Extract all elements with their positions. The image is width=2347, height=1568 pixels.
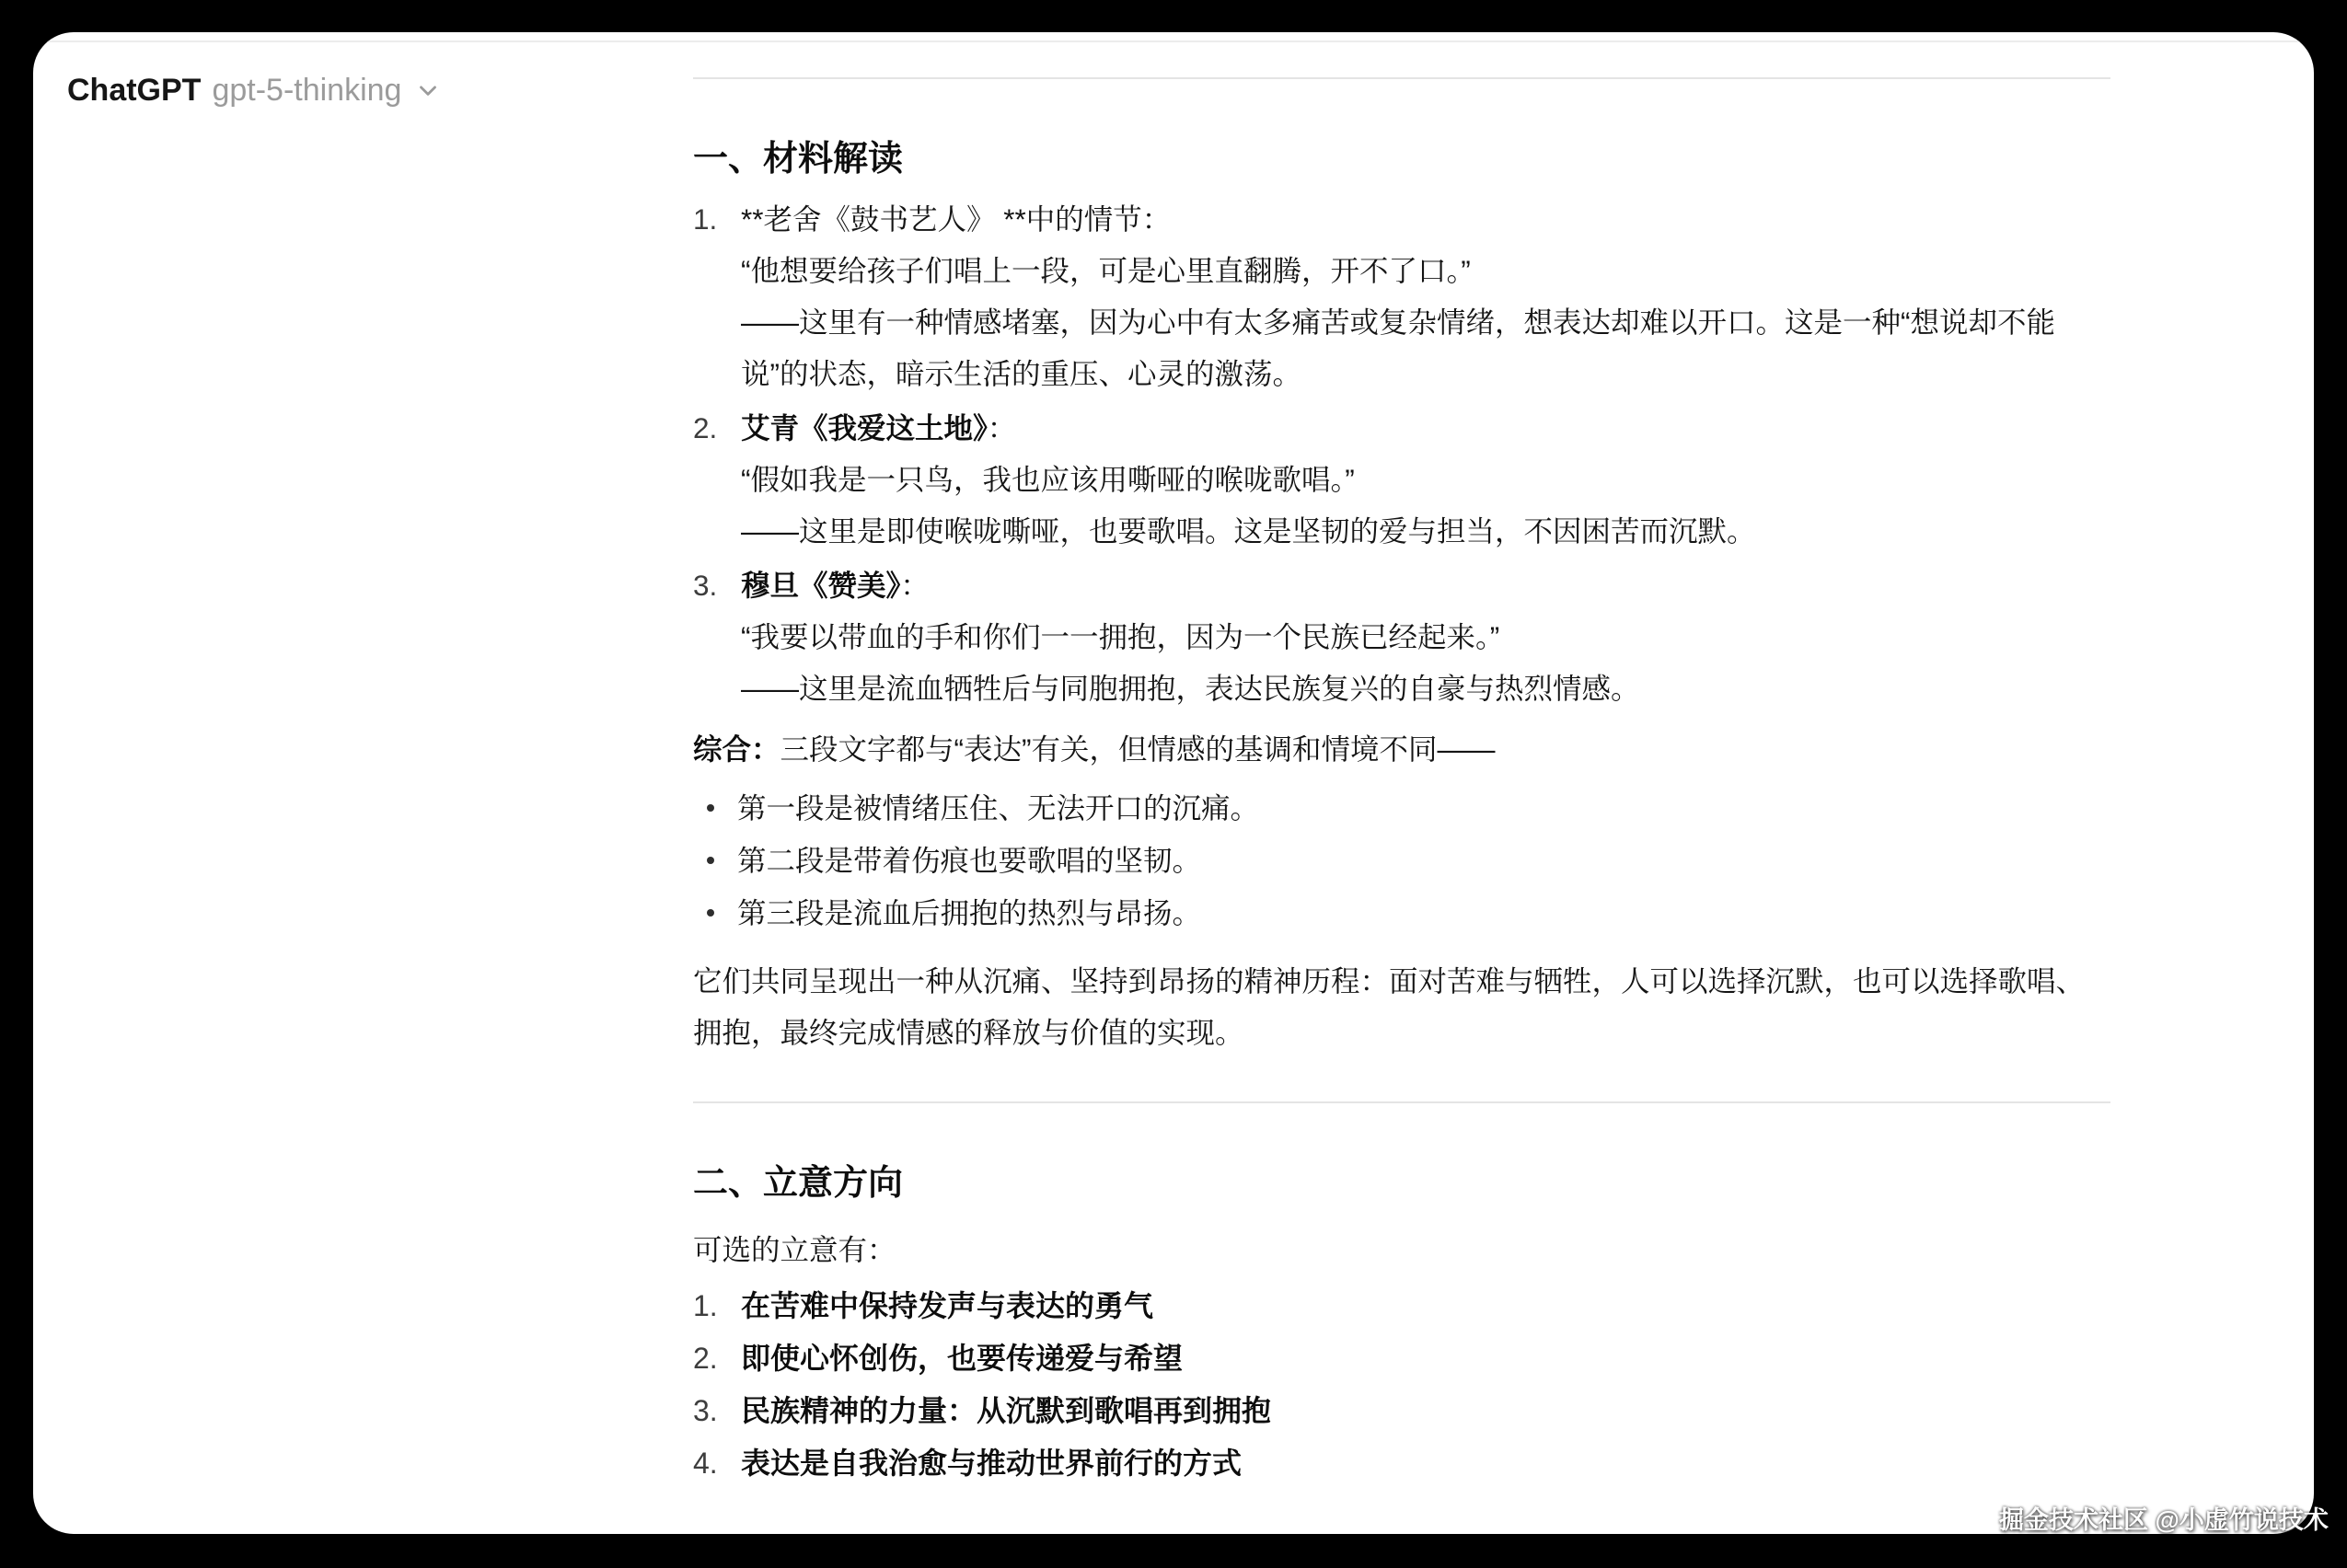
conclusion-paragraph: 它们共同呈现出一种从沉痛、坚持到昂扬的精神历程：面对苦难与牺牲，人可以选择沉默，… [693,955,2110,1058]
model-selector[interactable]: ChatGPT gpt-5-thinking [67,71,442,110]
ideas-list: 1. 在苦难中保持发声与表达的勇气 2. 即使心怀创伤，也要传递爱与希望 3. … [693,1280,2110,1489]
section-heading-2: 二、立意方向 [693,1162,2110,1205]
section-divider [693,1101,2110,1103]
list-number: 2. [693,1332,718,1384]
chevron-down-icon [414,76,442,104]
page: { "header": { "app_name": "ChatGPT", "mo… [0,0,2347,1568]
material-item-title: 穆旦《赞美》： [741,559,2110,611]
material-item-comment: ——这里是即使喉咙嘶哑，也要歌唱。这是坚韧的爱与担当，不因困苦而沉默。 [741,505,2110,557]
bullet-item-3: 第三段是流血后拥抱的热烈与昂扬。 [693,887,2110,939]
list-number: 4. [693,1437,718,1489]
material-list: 1. **老舍《鼓书艺人》 **中的情节： “他想要给孩子们唱上一段，可是心里直… [693,193,2110,714]
material-item-quote: “他想要给孩子们唱上一段，可是心里直翻腾，开不了口。” [741,245,2110,296]
ideas-intro: 可选的立意有： [693,1224,2110,1275]
idea-text: 表达是自我治愈与推动世界前行的方式 [741,1447,1242,1480]
idea-item-3: 3. 民族精神的力量：从沉默到歌唱再到拥抱 [693,1385,2110,1436]
bullet-icon [707,804,714,812]
idea-item-1: 1. 在苦难中保持发声与表达的勇气 [693,1280,2110,1332]
material-item-comment: ——这里有一种情感堵塞，因为心中有太多痛苦或复杂情绪，想表达却难以开口。这是一种… [741,296,2110,399]
idea-text: 民族精神的力量：从沉默到歌唱再到拥抱 [741,1394,1271,1427]
material-item-comment: ——这里是流血牺牲后与同胞拥抱，表达民族复兴的自豪与热烈情感。 [741,663,2110,714]
bullet-item-2: 第二段是带着伤痕也要歌唱的坚韧。 [693,835,2110,886]
app-name: ChatGPT [67,71,201,110]
list-number: 2. [693,402,717,454]
bullet-icon [707,857,714,864]
chat-response: 一、材料解读 1. **老舍《鼓书艺人》 **中的情节： “他想要给孩子们唱上一… [693,32,2110,1490]
material-item-2: 2. 艾青《我爱这土地》： “假如我是一只鸟，我也应该用嘶哑的喉咙歌唱。” ——… [693,402,2110,557]
summary-label: 综合： [693,732,780,766]
summary-bullet-list: 第一段是被情绪压住、无法开口的沉痛。 第二段是带着伤痕也要歌唱的坚韧。 第三段是… [693,782,2110,939]
list-number: 3. [693,1385,718,1436]
material-item-1: 1. **老舍《鼓书艺人》 **中的情节： “他想要给孩子们唱上一段，可是心里直… [693,193,2110,399]
watermark: 掘金技术社区 @小虚竹说技术 [1999,1500,2329,1536]
material-item-quote: “我要以带血的手和你们一一拥抱，因为一个民族已经起来。” [741,611,2110,663]
material-item-3: 3. 穆旦《赞美》： “我要以带血的手和你们一一拥抱，因为一个民族已经起来。” … [693,559,2110,714]
material-item-title: 艾青《我爱这土地》： [741,402,2110,454]
idea-text: 即使心怀创伤，也要传递爱与希望 [741,1342,1183,1375]
model-name: gpt-5-thinking [212,71,401,110]
idea-item-4: 4. 表达是自我治愈与推动世界前行的方式 [693,1437,2110,1489]
material-item-quote: “假如我是一只鸟，我也应该用嘶哑的喉咙歌唱。” [741,454,2110,505]
bullet-item-1: 第一段是被情绪压住、无法开口的沉痛。 [693,782,2110,834]
idea-text: 在苦难中保持发声与表达的勇气 [741,1289,1153,1322]
section-divider [693,77,2110,79]
bullet-icon [707,909,714,917]
chat-window: ChatGPT gpt-5-thinking 一、材料解读 1. **老舍《鼓书… [33,32,2314,1534]
section-heading-1: 一、材料解读 [693,138,2110,180]
summary-paragraph: 综合：三段文字都与“表达”有关，但情感的基调和情境不同—— [693,723,2110,775]
list-number: 1. [693,193,717,245]
material-item-title: **老舍《鼓书艺人》 **中的情节： [741,193,2110,245]
list-number: 1. [693,1280,718,1332]
idea-item-2: 2. 即使心怀创伤，也要传递爱与希望 [693,1332,2110,1384]
list-number: 3. [693,559,717,611]
